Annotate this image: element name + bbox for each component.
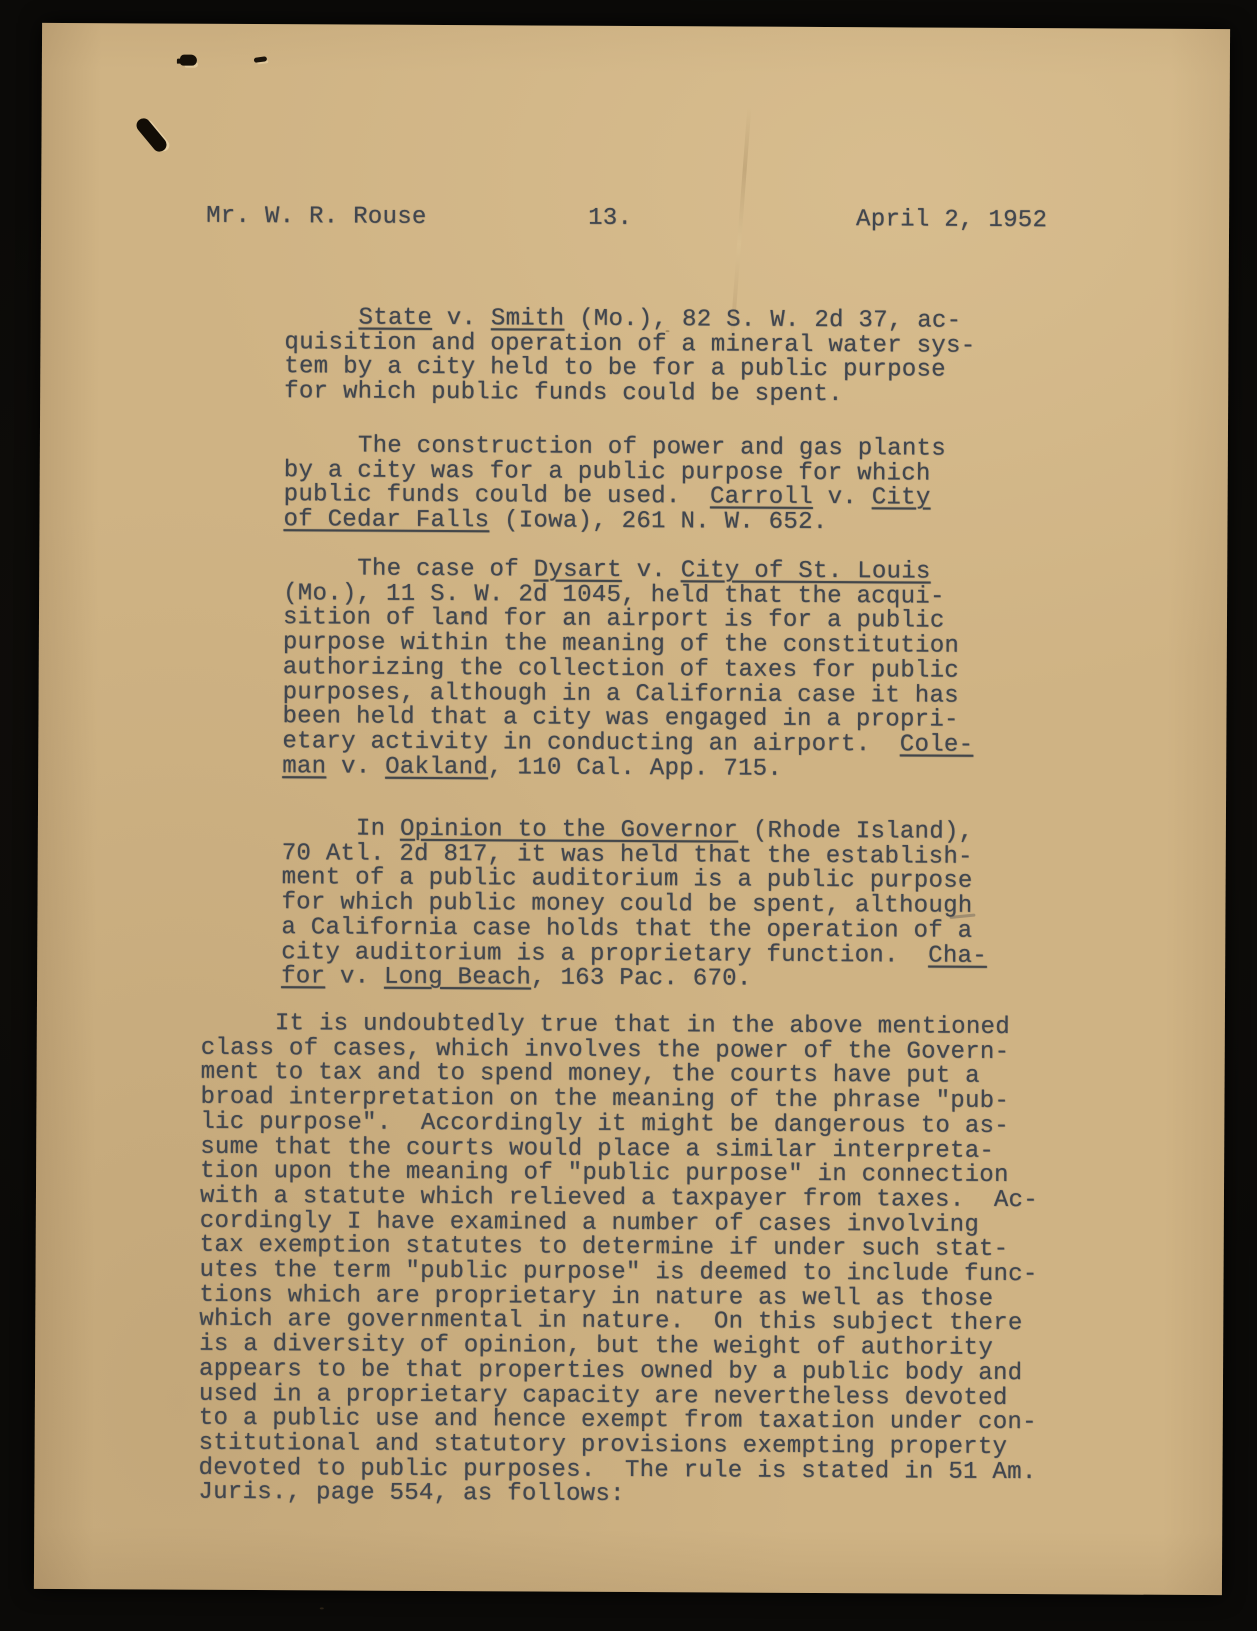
text-segment: v.: [325, 964, 384, 991]
quoted-case-paragraph: The case of Dysart v. City of St. Louis(…: [282, 557, 974, 783]
underlined-case-name: Cole-: [900, 731, 974, 758]
text-segment: for which public funds could be spent.: [284, 378, 843, 408]
text-line: Juris., page 554, as follows:: [198, 1481, 1036, 1510]
text-segment: v.: [326, 753, 385, 780]
header-date: April 2, 1952: [856, 208, 1047, 234]
underlined-case-name: Carroll: [710, 484, 813, 512]
text-line: man v. Oakland, 110 Cal. App. 715.: [282, 755, 973, 783]
body-paragraph: It is undoubtedly true that in the above…: [198, 1012, 1039, 1510]
underlined-case-name: Smith: [491, 305, 565, 332]
text-segment: , 110 Cal. App. 715.: [488, 754, 782, 783]
text-segment: The case of: [357, 556, 534, 584]
header-recipient: Mr. W. R. Rouse: [206, 205, 427, 231]
underlined-case-name: Oakland: [385, 753, 488, 781]
paper-nick-hole: [254, 56, 268, 63]
underlined-case-name: Cha-: [928, 942, 987, 969]
document-body: State v. Smith (Mo.), 82 S. W. 2d 37, ac…: [42, 23, 1230, 29]
text-segment: , 163 Pac. 670.: [531, 965, 752, 993]
underlined-case-name: of Cedar Falls: [283, 506, 489, 534]
quoted-case-paragraph: In Opinion to the Governor (Rhode Island…: [281, 817, 988, 994]
underlined-case-name: for: [281, 963, 325, 990]
text-segment: v.: [813, 484, 872, 511]
paper-nick-hole: [180, 55, 197, 66]
underlined-case-name: man: [282, 753, 326, 780]
text-line: for v. Long Beach, 163 Pac. 670.: [281, 965, 987, 993]
header-page-number: 13.: [588, 207, 632, 232]
document-page: Mr. W. R. Rouse 13. April 2, 1952 State …: [34, 23, 1230, 1595]
text-line: for which public funds could be spent.: [284, 380, 975, 408]
underlined-case-name: City: [872, 485, 931, 512]
scan-background: Mr. W. R. Rouse 13. April 2, 1952 State …: [0, 0, 1257, 1631]
text-segment: In: [356, 816, 400, 843]
text-line: of Cedar Falls (Iowa), 261 N. W. 652.: [283, 508, 945, 536]
text-segment: Juris., page 554, as follows:: [198, 1479, 625, 1508]
underlined-case-name: State: [358, 305, 432, 332]
text-segment: v.: [622, 557, 681, 584]
underlined-case-name: Dysart: [534, 556, 622, 583]
quoted-case-paragraph: State v. Smith (Mo.), 82 S. W. 2d 37, ac…: [284, 306, 976, 408]
punch-slot-hole: [134, 116, 170, 155]
quoted-case-paragraph: The construction of power and gas plants…: [283, 434, 946, 536]
text-segment: v.: [432, 305, 491, 332]
text-segment: (Iowa), 261 N. W. 652.: [489, 507, 827, 536]
underlined-case-name: Long Beach: [384, 964, 531, 992]
